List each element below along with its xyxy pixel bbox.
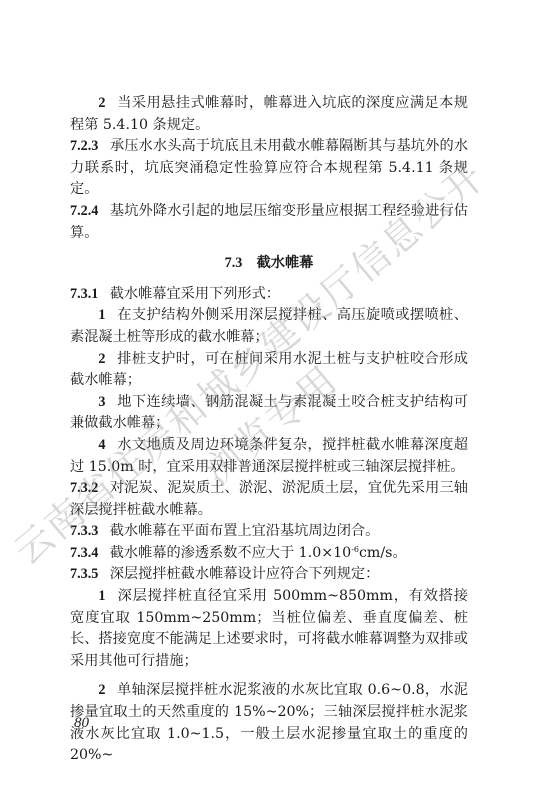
item-text: 深层搅拌桩直径宜采用 500mm~850mm，有效搭接宽度宜取 150mm~25… — [70, 588, 468, 669]
clause-text: 对泥炭、泥炭质土、淤泥、淤泥质土层，宜优先采用三轴深层搅拌桩截水帷幕。 — [70, 480, 468, 518]
item-number: 1 — [98, 307, 105, 323]
clause-7-2-4: 7.2.4基坑外降水引起的地层压缩变形量应根据工程经验进行估算。 — [70, 201, 468, 244]
clause-text: 截水帷幕在平面布置上宜沿基坑周边闭合。 — [110, 523, 380, 539]
list-item: 4水文地质及周边环境条件复杂，搅拌桩截水帷幕深度超过 15.0m 时，宜采用双排… — [70, 435, 468, 478]
item-number: 1 — [98, 588, 105, 604]
item-number: 2 — [98, 682, 105, 698]
list-item: 2当采用悬挂式帷幕时，帷幕进入坑底的深度应满足本规程第 5.4.10 条规定。 — [70, 93, 468, 136]
item-text: 水文地质及周边环境条件复杂，搅拌桩截水帷幕深度超过 15.0m 时，宜采用双排普… — [70, 437, 468, 475]
clause-number: 7.3.1 — [70, 286, 98, 302]
item-text: 在支护结构外侧采用深层搅拌桩、高压旋喷或摆喷桩、素混凝土桩等形成的截水帷幕； — [70, 307, 468, 345]
list-item: 1在支护结构外侧采用深层搅拌桩、高压旋喷或摆喷桩、素混凝土桩等形成的截水帷幕； — [70, 305, 468, 348]
list-item: 3地下连续墙、钢筋混凝土与素混凝土咬合桩支护结构可兼做截水帷幕； — [70, 392, 468, 435]
clause-text-unit: cm/s。 — [359, 545, 407, 561]
section-heading: 7.3截水帷幕 — [70, 253, 468, 275]
clause-number: 7.3.3 — [70, 523, 98, 539]
clause-number: 7.2.3 — [70, 138, 98, 154]
item-number: 3 — [98, 394, 105, 410]
clause-7-3-4: 7.3.4截水帷幕的渗透系数不应大于 1.0×10-6cm/s。 — [70, 543, 468, 565]
clause-7-2-3: 7.2.3承压水水头高于坑底且未用截水帷幕隔断其与基坑外的水力联系时，坑底突涌稳… — [70, 136, 468, 201]
clause-7-3-5: 7.3.5深层搅拌桩截水帷幕设计应符合下列规定： — [70, 564, 468, 586]
list-item: 2单轴深层搅拌桩水泥浆液的水灰比宜取 0.6~0.8，水泥掺量宜取土的天然重度的… — [70, 680, 468, 766]
exponent: -6 — [351, 545, 359, 554]
item-text: 地下连续墙、钢筋混凝土与素混凝土咬合桩支护结构可兼做截水帷幕； — [70, 394, 468, 432]
clause-7-3-1: 7.3.1截水帷幕宜采用下列形式： — [70, 284, 468, 306]
list-item: 2排桩支护时，可在桩间采用水泥土桩与支护桩咬合形成截水帷幕； — [70, 349, 468, 392]
item-number: 2 — [98, 351, 105, 367]
item-number: 4 — [98, 437, 105, 453]
clause-text: 承压水水头高于坑底且未用截水帷幕隔断其与基坑外的水力联系时，坑底突涌稳定性验算应… — [70, 138, 468, 197]
clause-number: 7.2.4 — [70, 203, 98, 219]
clause-7-3-2: 7.3.2对泥炭、泥炭质土、淤泥、淤泥质土层，宜优先采用三轴深层搅拌桩截水帷幕。 — [70, 478, 468, 521]
item-text: 单轴深层搅拌桩水泥浆液的水灰比宜取 0.6~0.8，水泥掺量宜取土的天然重度的 … — [70, 682, 468, 763]
item-number: 2 — [98, 95, 105, 111]
page-number: 80 — [74, 715, 89, 732]
clause-text: 截水帷幕的渗透系数不应大于 1.0×10 — [110, 545, 351, 561]
item-text: 排桩支护时，可在桩间采用水泥土桩与支护桩咬合形成截水帷幕； — [70, 351, 468, 389]
clause-number: 7.3.5 — [70, 566, 98, 582]
section-title: 截水帷幕 — [257, 255, 314, 271]
clause-number: 7.3.4 — [70, 545, 98, 561]
item-text: 当采用悬挂式帷幕时，帷幕进入坑底的深度应满足本规程第 5.4.10 条规定。 — [70, 95, 468, 133]
page-body: 2当采用悬挂式帷幕时，帷幕进入坑底的深度应满足本规程第 5.4.10 条规定。 … — [70, 93, 468, 767]
clause-text: 截水帷幕宜采用下列形式： — [110, 286, 280, 302]
document-page: 2当采用悬挂式帷幕时，帷幕进入坑底的深度应满足本规程第 5.4.10 条规定。 … — [0, 0, 536, 793]
list-item: 1深层搅拌桩直径宜采用 500mm~850mm，有效搭接宽度宜取 150mm~2… — [70, 586, 468, 672]
section-number: 7.3 — [225, 255, 243, 271]
clause-text: 基坑外降水引起的地层压缩变形量应根据工程经验进行估算。 — [70, 203, 468, 241]
clause-number: 7.3.2 — [70, 480, 98, 496]
clause-text: 深层搅拌桩截水帷幕设计应符合下列规定： — [110, 566, 380, 582]
clause-7-3-3: 7.3.3截水帷幕在平面布置上宜沿基坑周边闭合。 — [70, 521, 468, 543]
